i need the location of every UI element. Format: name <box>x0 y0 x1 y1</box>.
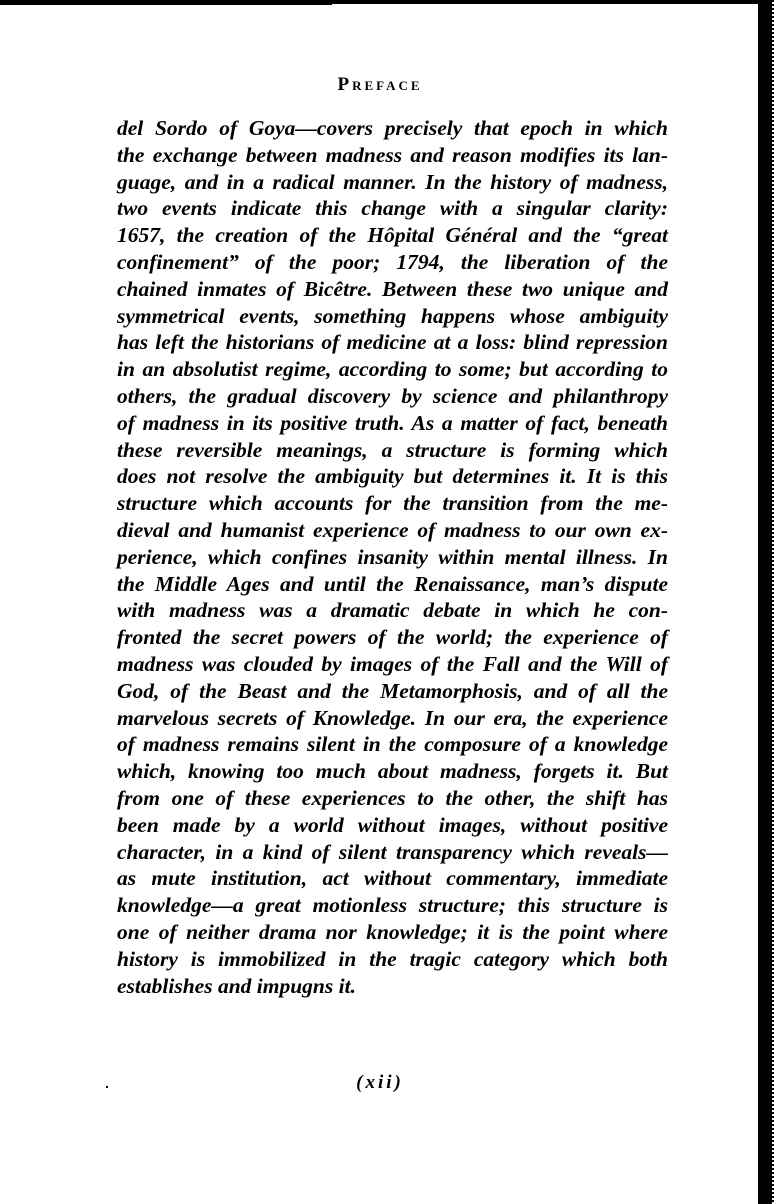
text-line: one of neither drama nor knowledge; it i… <box>117 919 668 946</box>
text-line: as mute institution, act without comment… <box>117 865 668 892</box>
text-line: knowledge—a great motionless structure; … <box>117 892 668 919</box>
body-text: del Sordo of Goya—covers precisely that … <box>117 115 668 999</box>
text-line-last: establishes and impugns it. <box>117 973 668 1000</box>
text-line: structure which accounts for the transit… <box>117 490 668 517</box>
text-line: 1657, the creation of the Hôpital Généra… <box>117 222 668 249</box>
scan-right-border <box>758 0 772 1204</box>
text-line: has left the historians of medicine at a… <box>117 329 668 356</box>
page-number: (xii) <box>0 1072 760 1094</box>
text-line: these reversible meanings, a structure i… <box>117 437 668 464</box>
text-line: confinement” of the poor; 1794, the libe… <box>117 249 668 276</box>
text-line: God, of the Beast and the Metamorphosis,… <box>117 678 668 705</box>
text-line: fronted the secret powers of the world; … <box>117 624 668 651</box>
text-line: marvelous secrets of Knowledge. In our e… <box>117 705 668 732</box>
text-line: two events indicate this change with a s… <box>117 195 668 222</box>
text-line: of madness remains silent in the composu… <box>117 731 668 758</box>
scan-top-border-extension <box>188 0 760 4</box>
text-line: the exchange between madness and reason … <box>117 142 668 169</box>
text-line: does not resolve the ambiguity but deter… <box>117 463 668 490</box>
text-line: from one of these experiences to the oth… <box>117 785 668 812</box>
text-line: which, knowing too much about madness, f… <box>117 758 668 785</box>
text-line: the Middle Ages and until the Renaissanc… <box>117 571 668 598</box>
text-line: perience, which confines insanity within… <box>117 544 668 571</box>
text-line: history is immobilized in the tragic cat… <box>117 946 668 973</box>
text-line: been made by a world without images, wit… <box>117 812 668 839</box>
text-line: madness was clouded by images of the Fal… <box>117 651 668 678</box>
text-line: dieval and humanist experience of madnes… <box>117 517 668 544</box>
text-line: others, the gradual discovery by science… <box>117 383 668 410</box>
text-line: with madness was a dramatic debate in wh… <box>117 597 668 624</box>
running-head: PREFACE <box>0 74 760 96</box>
text-line: del Sordo of Goya—covers precisely that … <box>117 115 668 142</box>
running-head-rest: REFACE <box>352 78 422 93</box>
running-head-initial: P <box>337 74 352 95</box>
text-line: guage, and in a radical manner. In the h… <box>117 169 668 196</box>
text-line: of madness in its positive truth. As a m… <box>117 410 668 437</box>
text-line: character, in a kind of silent transpare… <box>117 839 668 866</box>
text-line: chained inmates of Bicêtre. Between thes… <box>117 276 668 303</box>
text-line: in an absolutist regime, according to so… <box>117 356 668 383</box>
text-line: symmetrical events, something happens wh… <box>117 303 668 330</box>
